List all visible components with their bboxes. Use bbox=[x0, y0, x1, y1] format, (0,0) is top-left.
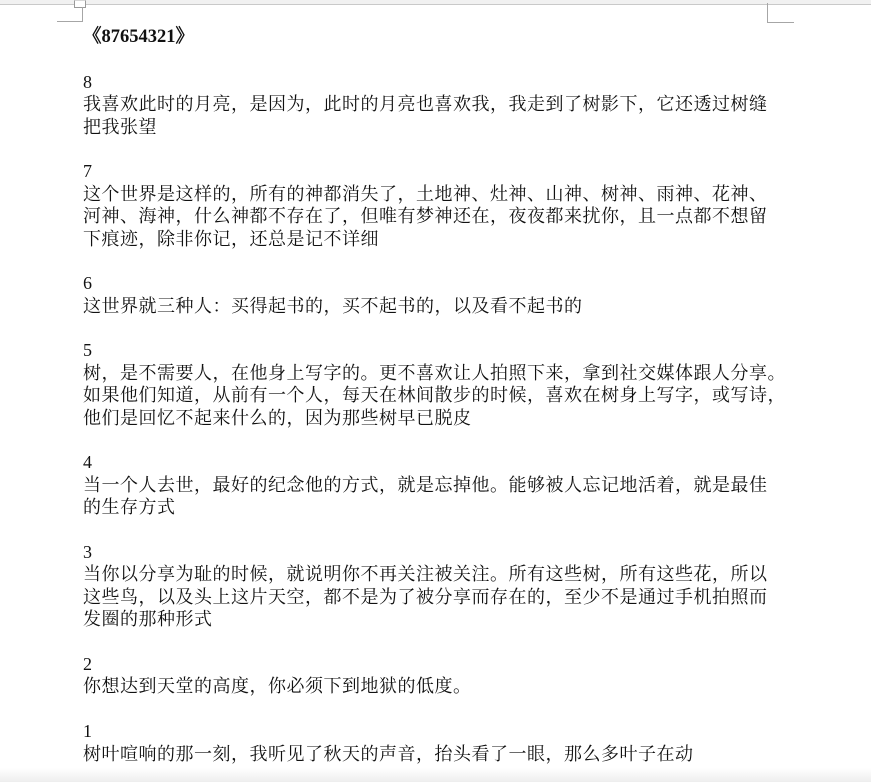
section-line: 发圈的那种形式 bbox=[83, 608, 775, 630]
section-line: 你想达到天堂的高度，你必须下到地狱的低度。 bbox=[83, 675, 775, 697]
section-line: 这个世界是这样的，所有的神都消失了，土地神、灶神、山神、树神、雨神、花神、 bbox=[83, 183, 775, 205]
section-line: 我喜欢此时的月亮，是因为，此时的月亮也喜欢我，我走到了树影下，它还透过树缝 bbox=[83, 93, 775, 115]
section-line: 把我张望 bbox=[83, 116, 775, 138]
page-gap-strip bbox=[0, 0, 871, 5]
text-boundary-mark-top-right-vertical bbox=[767, 3, 768, 23]
section-line: 河神、海神，什么神都不存在了，但唯有梦神还在，夜夜都来扰你，且一点都不想留 bbox=[83, 205, 775, 227]
section-number: 4 bbox=[83, 451, 775, 473]
poem-section-4: 4当一个人去世，最好的纪念他的方式，就是忘掉他。能够被人忘记地活着，就是最佳的生… bbox=[83, 451, 775, 518]
document-window: 《87654321》 8我喜欢此时的月亮，是因为，此时的月亮也喜欢我，我走到了树… bbox=[0, 0, 871, 782]
document-content: 《87654321》 8我喜欢此时的月亮，是因为，此时的月亮也喜欢我，我走到了树… bbox=[83, 26, 775, 765]
section-line: 当你以分享为耻的时候，就说明你不再关注被关注。所有这些树，所有这些花，所以 bbox=[83, 563, 775, 585]
section-line: 当一个人去世，最好的纪念他的方式，就是忘掉他。能够被人忘记地活着，就是最佳 bbox=[83, 474, 775, 496]
section-number: 7 bbox=[83, 160, 775, 182]
section-line: 的生存方式 bbox=[83, 496, 775, 518]
text-boundary-mark-top-left-vertical bbox=[82, 7, 83, 22]
page-gap-handle[interactable] bbox=[74, 0, 86, 8]
section-number: 8 bbox=[83, 71, 775, 93]
page-bottom-gap bbox=[0, 768, 871, 782]
section-number: 1 bbox=[83, 720, 775, 742]
poem-section-3: 3当你以分享为耻的时候，就说明你不再关注被关注。所有这些树，所有这些花，所以这些… bbox=[83, 541, 775, 631]
poem-section-7: 7这个世界是这样的，所有的神都消失了，土地神、灶神、山神、树神、雨神、花神、河神… bbox=[83, 160, 775, 250]
poem-sections: 8我喜欢此时的月亮，是因为，此时的月亮也喜欢我，我走到了树影下，它还透过树缝把我… bbox=[83, 71, 775, 765]
section-line: 他们是回忆不起来什么的，因为那些树早已脱皮 bbox=[83, 407, 775, 429]
section-number: 6 bbox=[83, 272, 775, 294]
text-boundary-mark-top-right-horizontal bbox=[767, 22, 794, 23]
text-boundary-mark-top-left-horizontal bbox=[57, 21, 83, 22]
section-number: 2 bbox=[83, 653, 775, 675]
section-line: 这些鸟，以及头上这片天空，都不是为了被分享而存在的，至少不是通过手机拍照而 bbox=[83, 586, 775, 608]
section-number: 3 bbox=[83, 541, 775, 563]
document-title: 《87654321》 bbox=[83, 26, 775, 48]
poem-section-8: 8我喜欢此时的月亮，是因为，此时的月亮也喜欢我，我走到了树影下，它还透过树缝把我… bbox=[83, 71, 775, 138]
poem-section-5: 5树，是不需要人，在他身上写字的。更不喜欢让人拍照下来，拿到社交媒体跟人分享。如… bbox=[83, 339, 775, 429]
section-line: 树，是不需要人，在他身上写字的。更不喜欢让人拍照下来，拿到社交媒体跟人分享。 bbox=[83, 362, 775, 384]
section-number: 5 bbox=[83, 339, 775, 361]
section-line: 这世界就三种人：买得起书的，买不起书的，以及看不起书的 bbox=[83, 295, 775, 317]
section-line: 树叶喧响的那一刻，我听见了秋天的声音，抬头看了一眼，那么多叶子在动 bbox=[83, 743, 775, 765]
section-line: 下痕迹，除非你记，还总是记不详细 bbox=[83, 228, 775, 250]
poem-section-2: 2你想达到天堂的高度，你必须下到地狱的低度。 bbox=[83, 653, 775, 698]
poem-section-6: 6这世界就三种人：买得起书的，买不起书的，以及看不起书的 bbox=[83, 272, 775, 317]
poem-section-1: 1树叶喧响的那一刻，我听见了秋天的声音，抬头看了一眼，那么多叶子在动 bbox=[83, 720, 775, 765]
section-line: 如果他们知道，从前有一个人，每天在林间散步的时候，喜欢在树身上写字，或写诗， bbox=[83, 384, 775, 406]
